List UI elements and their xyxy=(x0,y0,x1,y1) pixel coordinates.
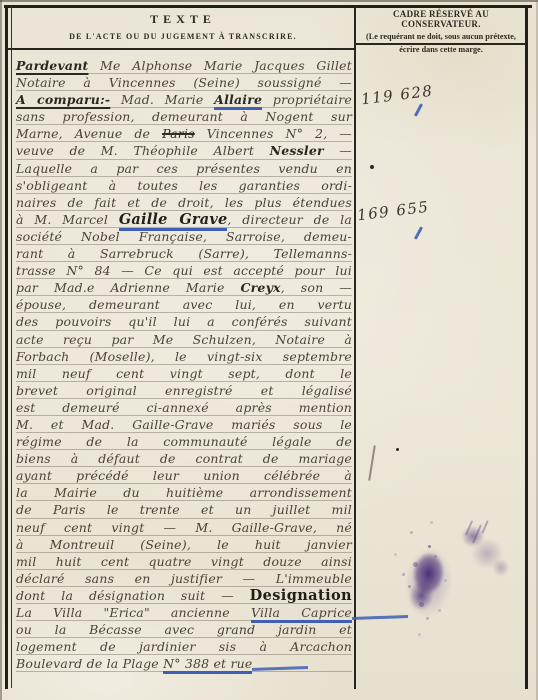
blue-tick-mark xyxy=(414,103,423,117)
manuscript-text: Laquelle a par ces présentes vendu en xyxy=(16,161,352,176)
stray-pen-stroke xyxy=(368,445,376,481)
scan-edge-left xyxy=(0,0,2,700)
manuscript-line: veuve de M. Théophile Albert Nessler — xyxy=(16,142,352,159)
manuscript-text: Villa Caprice xyxy=(251,605,352,623)
manuscript-text: propriétaire xyxy=(262,92,352,107)
manuscript-line: naires de fait et de droit, les plus éte… xyxy=(16,194,352,211)
manuscript-text: épouse, demeurant avec lui, en vertu xyxy=(16,297,352,312)
registration-number: 169 655 xyxy=(356,198,430,225)
manuscript-text: brevet original enregistré et légalisé xyxy=(16,383,352,398)
manuscript-text: Vincennes N° 2, — xyxy=(195,126,352,141)
scan-edge-top xyxy=(0,0,538,2)
manuscript-text: naires de fait et de droit, les plus éte… xyxy=(16,195,352,210)
manuscript-line: dont la désignation suit — Designation xyxy=(16,587,352,604)
manuscript-text: société Nobel Française, Sarroise, demeu… xyxy=(16,229,352,244)
manuscript-text: à M. Marcel xyxy=(16,212,119,227)
manuscript-line: Notaire à Vincennes (Seine) soussigné — xyxy=(16,74,352,91)
frame-border-left-inner xyxy=(11,6,12,688)
manuscript-text: Marne, Avenue de xyxy=(16,126,162,141)
manuscript-text: de Paris le trente et un juillet mil xyxy=(16,502,352,517)
manuscript-line: Laquelle a par ces présentes vendu en xyxy=(16,160,352,177)
manuscript-text: Boulevard de la Plage xyxy=(16,656,163,671)
manuscript-text: logement de jardinier sis à Arcachon xyxy=(16,639,352,654)
header-left: TEXTE DE L'ACTE OU DU JUGEMENT À TRANSCR… xyxy=(14,12,352,41)
manuscript-text: La Villa "Erica" ancienne xyxy=(16,605,251,620)
manuscript-line: brevet original enregistré et légalisé xyxy=(16,382,352,399)
manuscript-line: La Villa "Erica" ancienne Villa Caprice xyxy=(16,604,352,621)
manuscript-line: trasse N° 84 — Ce qui est accepté pour l… xyxy=(16,262,352,279)
manuscript-line: mil huit cent quatre vingt douze ainsi xyxy=(16,553,352,570)
manuscript-line: neuf cent vingt — M. Gaille-Grave, né xyxy=(16,519,352,536)
manuscript-text: Forbach (Moselle), le vingt-six septembr… xyxy=(16,349,352,364)
manuscript-line: ou la Bécasse avec grand jardin et xyxy=(16,621,352,638)
manuscript-text: biens à défaut de contrat de mariage xyxy=(16,451,352,466)
manuscript-text: mil huit cent quatre vingt douze ainsi xyxy=(16,554,352,569)
manuscript-text: A comparu:- xyxy=(16,92,110,107)
manuscript-line: Forbach (Moselle), le vingt-six septembr… xyxy=(16,348,352,365)
manuscript-text: Pardevant xyxy=(16,58,88,73)
frame-border-left-outer xyxy=(5,5,8,689)
manuscript-line: déclaré sans en justifier — L'immeuble xyxy=(16,570,352,587)
manuscript-text: , son — xyxy=(281,280,352,295)
deed-transcription-page: TEXTE DE L'ACTE OU DU JUGEMENT À TRANSCR… xyxy=(0,0,538,700)
manuscript-text: mil neuf cent vingt sept, dont le xyxy=(16,366,352,381)
manuscript-line: Marne, Avenue de Paris Vincennes N° 2, — xyxy=(16,125,352,142)
manuscript-line: Boulevard de la Plage N° 388 et rue xyxy=(16,655,352,672)
manuscript-line: des pouvoirs qu'il lui a conférés suivan… xyxy=(16,313,352,330)
manuscript-text: Nessler xyxy=(270,143,324,158)
ink-blot xyxy=(397,529,462,627)
manuscript-text: veuve de M. Théophile Albert xyxy=(16,143,270,158)
manuscript-line: s'obligeant à toutes les garanties ordi- xyxy=(16,177,352,194)
manuscript-line: Pardevant Me Alphonse Marie Jacques Gill… xyxy=(16,57,352,74)
manuscript-line: ayant précédé leur union célébrée à xyxy=(16,467,352,484)
manuscript-lines: Pardevant Me Alphonse Marie Jacques Gill… xyxy=(16,57,352,672)
ink-blot-speckles xyxy=(428,545,431,548)
manuscript-line: acte reçu par Me Schulzen, Notaire à xyxy=(16,331,352,348)
manuscript-line: à M. Marcel Gaille Grave, directeur de l… xyxy=(16,211,352,228)
ink-dot xyxy=(396,448,399,451)
manuscript-text: , directeur de la xyxy=(227,212,352,227)
manuscript-line: rant à Sarrebruck (Sarre), Tellemanns- xyxy=(16,245,352,262)
margin-note-line1: (Le requérant ne doit, sous aucun prétex… xyxy=(358,32,524,42)
manuscript-text: Me Alphonse Marie Jacques Gillet xyxy=(88,58,352,73)
manuscript-line: M. et Mad. Gaille-Grave mariés sous le xyxy=(16,416,352,433)
registration-number: 119 628 xyxy=(360,82,434,109)
manuscript-line: est demeuré ci-annexé après mention xyxy=(16,399,352,416)
manuscript-text: M. et Mad. Gaille-Grave mariés sous le xyxy=(16,417,352,432)
manuscript-text: la Mairie du huitième arrondissement xyxy=(16,485,352,500)
header-rule-left xyxy=(8,48,355,50)
manuscript-text: N° 388 et rue xyxy=(163,656,252,674)
manuscript-text: régime de la communauté légale de xyxy=(16,434,352,449)
manuscript-line: la Mairie du huitième arrondissement xyxy=(16,484,352,501)
manuscript-text: dont la désignation suit — xyxy=(16,588,250,603)
manuscript-line: régime de la communauté légale de xyxy=(16,433,352,450)
column-divider-line xyxy=(354,6,356,689)
manuscript-line: de Paris le trente et un juillet mil xyxy=(16,501,352,518)
manuscript-text: trasse N° 84 — Ce qui est accepté pour l… xyxy=(16,263,352,278)
frame-border-right xyxy=(525,5,528,689)
manuscript-text: sans profession, demeurant à Nogent sur xyxy=(16,109,352,124)
manuscript-text: est demeuré ci-annexé après mention xyxy=(16,400,352,415)
manuscript-text: s'obligeant à toutes les garanties ordi- xyxy=(16,178,352,193)
margin-title: CADRE RÉSERVÉ AU CONSERVATEUR. xyxy=(358,9,524,29)
manuscript-line: A comparu:- Mad. Marie Allaire propriéta… xyxy=(16,91,352,108)
manuscript-text: Mad. Marie xyxy=(110,92,214,107)
manuscript-text: ayant précédé leur union célébrée à xyxy=(16,468,352,483)
manuscript-text: Designation xyxy=(250,587,352,604)
manuscript-text: rant à Sarrebruck (Sarre), Tellemanns- xyxy=(16,246,352,261)
manuscript-line: logement de jardinier sis à Arcachon xyxy=(16,638,352,655)
frame-border-top xyxy=(4,5,532,8)
manuscript-text: des pouvoirs qu'il lui a conférés suivan… xyxy=(16,314,352,329)
manuscript-text: — xyxy=(324,143,352,158)
page-subtitle: DE L'ACTE OU DU JUGEMENT À TRANSCRIRE. xyxy=(14,32,352,41)
blue-tick-mark xyxy=(414,226,423,240)
manuscript-line: par Mad.e Adrienne Marie Creyx, son — xyxy=(16,279,352,296)
manuscript-text: neuf cent vingt — M. Gaille-Grave, né xyxy=(16,520,352,535)
header-right: CADRE RÉSERVÉ AU CONSERVATEUR. (Le requé… xyxy=(358,9,524,55)
manuscript-text: Paris xyxy=(162,126,195,141)
manuscript-text: Notaire à Vincennes (Seine) soussigné — xyxy=(16,75,352,90)
page-title: TEXTE xyxy=(14,12,352,27)
manuscript-text: par Mad.e Adrienne Marie xyxy=(16,280,240,295)
manuscript-text: ou la Bécasse avec grand jardin et xyxy=(16,622,352,637)
manuscript-line: à Montreuil (Seine), le huit janvier xyxy=(16,536,352,553)
manuscript-line: société Nobel Française, Sarroise, demeu… xyxy=(16,228,352,245)
margin-note-line2: écrire dans cette marge. xyxy=(358,45,524,55)
ink-dot xyxy=(370,165,374,169)
manuscript-text: acte reçu par Me Schulzen, Notaire à xyxy=(16,332,352,347)
manuscript-line: épouse, demeurant avec lui, en vertu xyxy=(16,296,352,313)
manuscript-line: sans profession, demeurant à Nogent sur xyxy=(16,108,352,125)
manuscript-line: biens à défaut de contrat de mariage xyxy=(16,450,352,467)
manuscript-line: mil neuf cent vingt sept, dont le xyxy=(16,365,352,382)
manuscript-text: Creyx xyxy=(240,280,280,295)
manuscript-text: déclaré sans en justifier — L'immeuble xyxy=(16,571,352,586)
manuscript-text: à Montreuil (Seine), le huit janvier xyxy=(16,537,352,552)
